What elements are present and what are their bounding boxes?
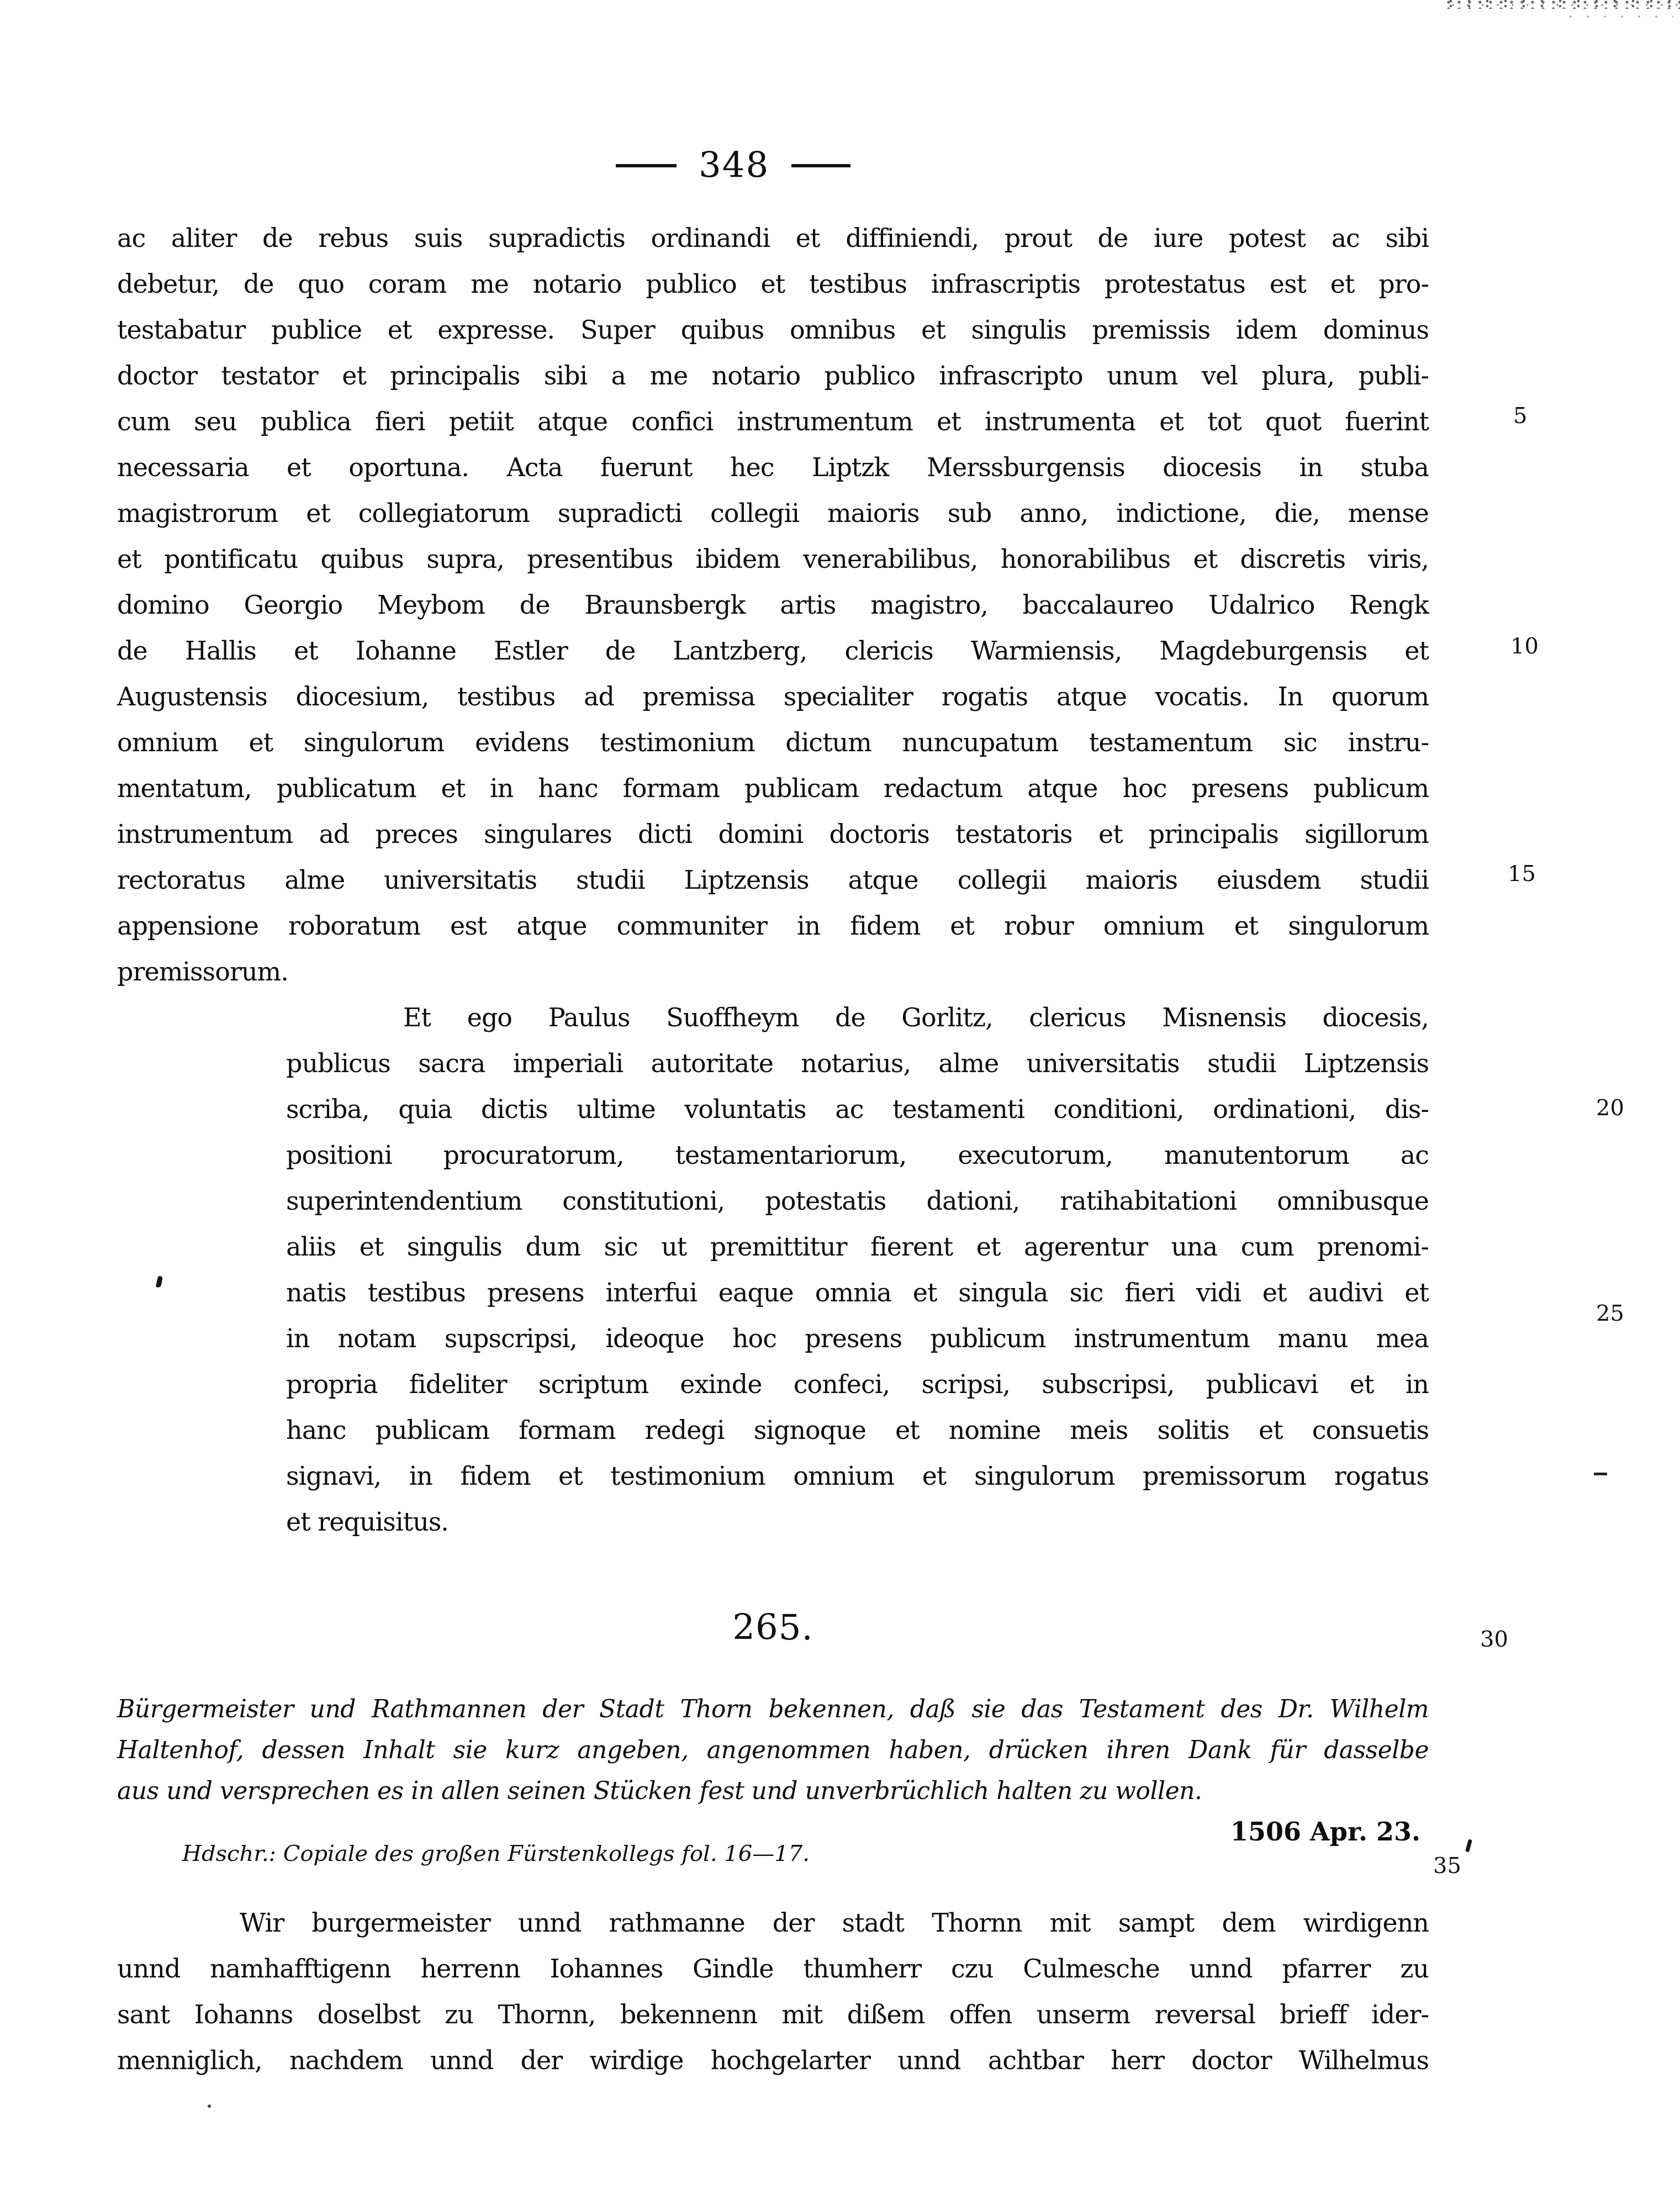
text-line: omnium et singulorum evidens testimonium… <box>117 720 1429 766</box>
text-line: Et ego Paulus Suoffheym de Gorlitz, cler… <box>286 995 1429 1041</box>
header-rule-right <box>791 164 850 167</box>
text-line: superintendentium constitutioni, potesta… <box>286 1178 1429 1224</box>
page-header: 348 <box>616 145 850 186</box>
summary-line: aus und versprechen es in allen seinen S… <box>117 1771 1429 1812</box>
scan-noise-strip <box>1447 0 1680 9</box>
margin-line-number: 35 <box>1433 1855 1461 1877</box>
scan-artifact-mark <box>1594 1473 1607 1475</box>
text-line: debetur, de quo coram me notario publico… <box>117 261 1429 307</box>
margin-line-number: 20 <box>1596 1097 1624 1119</box>
text-line: de Hallis et Iohanne Estler de Lantzberg… <box>117 628 1429 674</box>
charter-number-heading: 265. <box>117 1610 1429 1645</box>
text-line: ac aliter de rebus suis supradictis ordi… <box>117 215 1429 261</box>
text-line: mentatum, publicatum et in hanc formam p… <box>117 766 1429 811</box>
text-line: in notam supscripsi, ideoque hoc presens… <box>286 1316 1429 1362</box>
text-line: Augustensis diocesium, testibus ad premi… <box>117 674 1429 720</box>
page-number: 348 <box>699 145 769 186</box>
scanned-book-page: 348 ac aliter de rebus suis supradictis … <box>0 0 1680 2189</box>
text-line: cum seu publica fieri petiit atque confi… <box>117 399 1429 445</box>
scan-noise-strip <box>1568 14 1673 20</box>
text-line: necessaria et oportuna. Acta fuerunt hec… <box>117 445 1429 490</box>
margin-line-number: 5 <box>1513 405 1527 427</box>
notary-subscription-paragraph: Et ego Paulus Suoffheym de Gorlitz, cler… <box>286 995 1429 1545</box>
summary-line: Haltenhof, dessen Inhalt sie kurz angebe… <box>117 1730 1429 1771</box>
manuscript-source-note: Hdschr.: Copiale des großen Fürstenkolle… <box>182 1840 810 1867</box>
text-line: unnd namhafftigenn herrenn Iohannes Gind… <box>117 1946 1429 1992</box>
text-line: hanc publicam formam redegi signoque et … <box>286 1407 1429 1453</box>
margin-line-number: 10 <box>1510 635 1539 657</box>
text-line: natis testibus presens interfui eaque om… <box>286 1270 1429 1316</box>
header-rule-left <box>616 164 677 167</box>
text-line: sant Iohanns doselbst zu Thornn, bekenne… <box>117 1992 1429 2038</box>
text-line: menniglich, nachdem unnd der wirdige hoc… <box>117 2038 1429 2083</box>
margin-line-number: 30 <box>1480 1628 1508 1650</box>
text-line: magistrorum et collegiatorum supradicti … <box>117 490 1429 536</box>
text-line: rectoratus alme universitatis studii Lip… <box>117 857 1429 903</box>
scan-artifact-mark <box>208 2104 211 2108</box>
latin-notarial-paragraph: ac aliter de rebus suis supradictis ordi… <box>117 215 1429 995</box>
margin-line-number: 15 <box>1508 863 1536 885</box>
scan-artifact-mark <box>156 1275 163 1288</box>
text-line: domino Georgio Meybom de Braunsbergk art… <box>117 582 1429 628</box>
charter-summary: Bürgermeister und Rathmannen der Stadt T… <box>117 1689 1429 1812</box>
text-line: propria fideliter scriptum exinde confec… <box>286 1362 1429 1407</box>
text-line: testabatur publice et expresse. Super qu… <box>117 307 1429 353</box>
text-line: et pontificatu quibus supra, presentibus… <box>117 536 1429 582</box>
summary-line: Bürgermeister und Rathmannen der Stadt T… <box>117 1689 1429 1730</box>
text-line: aliis et singulis dum sic ut premittitur… <box>286 1224 1429 1270</box>
text-line: Wir burgermeister unnd rathmanne der sta… <box>117 1900 1429 1946</box>
margin-line-number: 25 <box>1596 1302 1624 1325</box>
text-line: instrumentum ad preces singulares dicti … <box>117 811 1429 857</box>
text-line: doctor testator et principalis sibi a me… <box>117 353 1429 399</box>
text-line: publicus sacra imperiali autoritate nota… <box>286 1041 1429 1086</box>
text-line: appensione roboratum est atque communite… <box>117 903 1429 949</box>
text-line: premissorum. <box>117 949 1429 995</box>
text-line: et requisitus. <box>286 1499 1429 1545</box>
text-line: signavi, in fidem et testimonium omnium … <box>286 1453 1429 1499</box>
text-line: scriba, quia dictis ultime voluntatis ac… <box>286 1086 1429 1132</box>
text-line: positioni procuratorum, testamentariorum… <box>286 1132 1429 1178</box>
scan-artifact-mark <box>1465 1839 1472 1852</box>
german-charter-paragraph: Wir burgermeister unnd rathmanne der sta… <box>117 1900 1429 2083</box>
